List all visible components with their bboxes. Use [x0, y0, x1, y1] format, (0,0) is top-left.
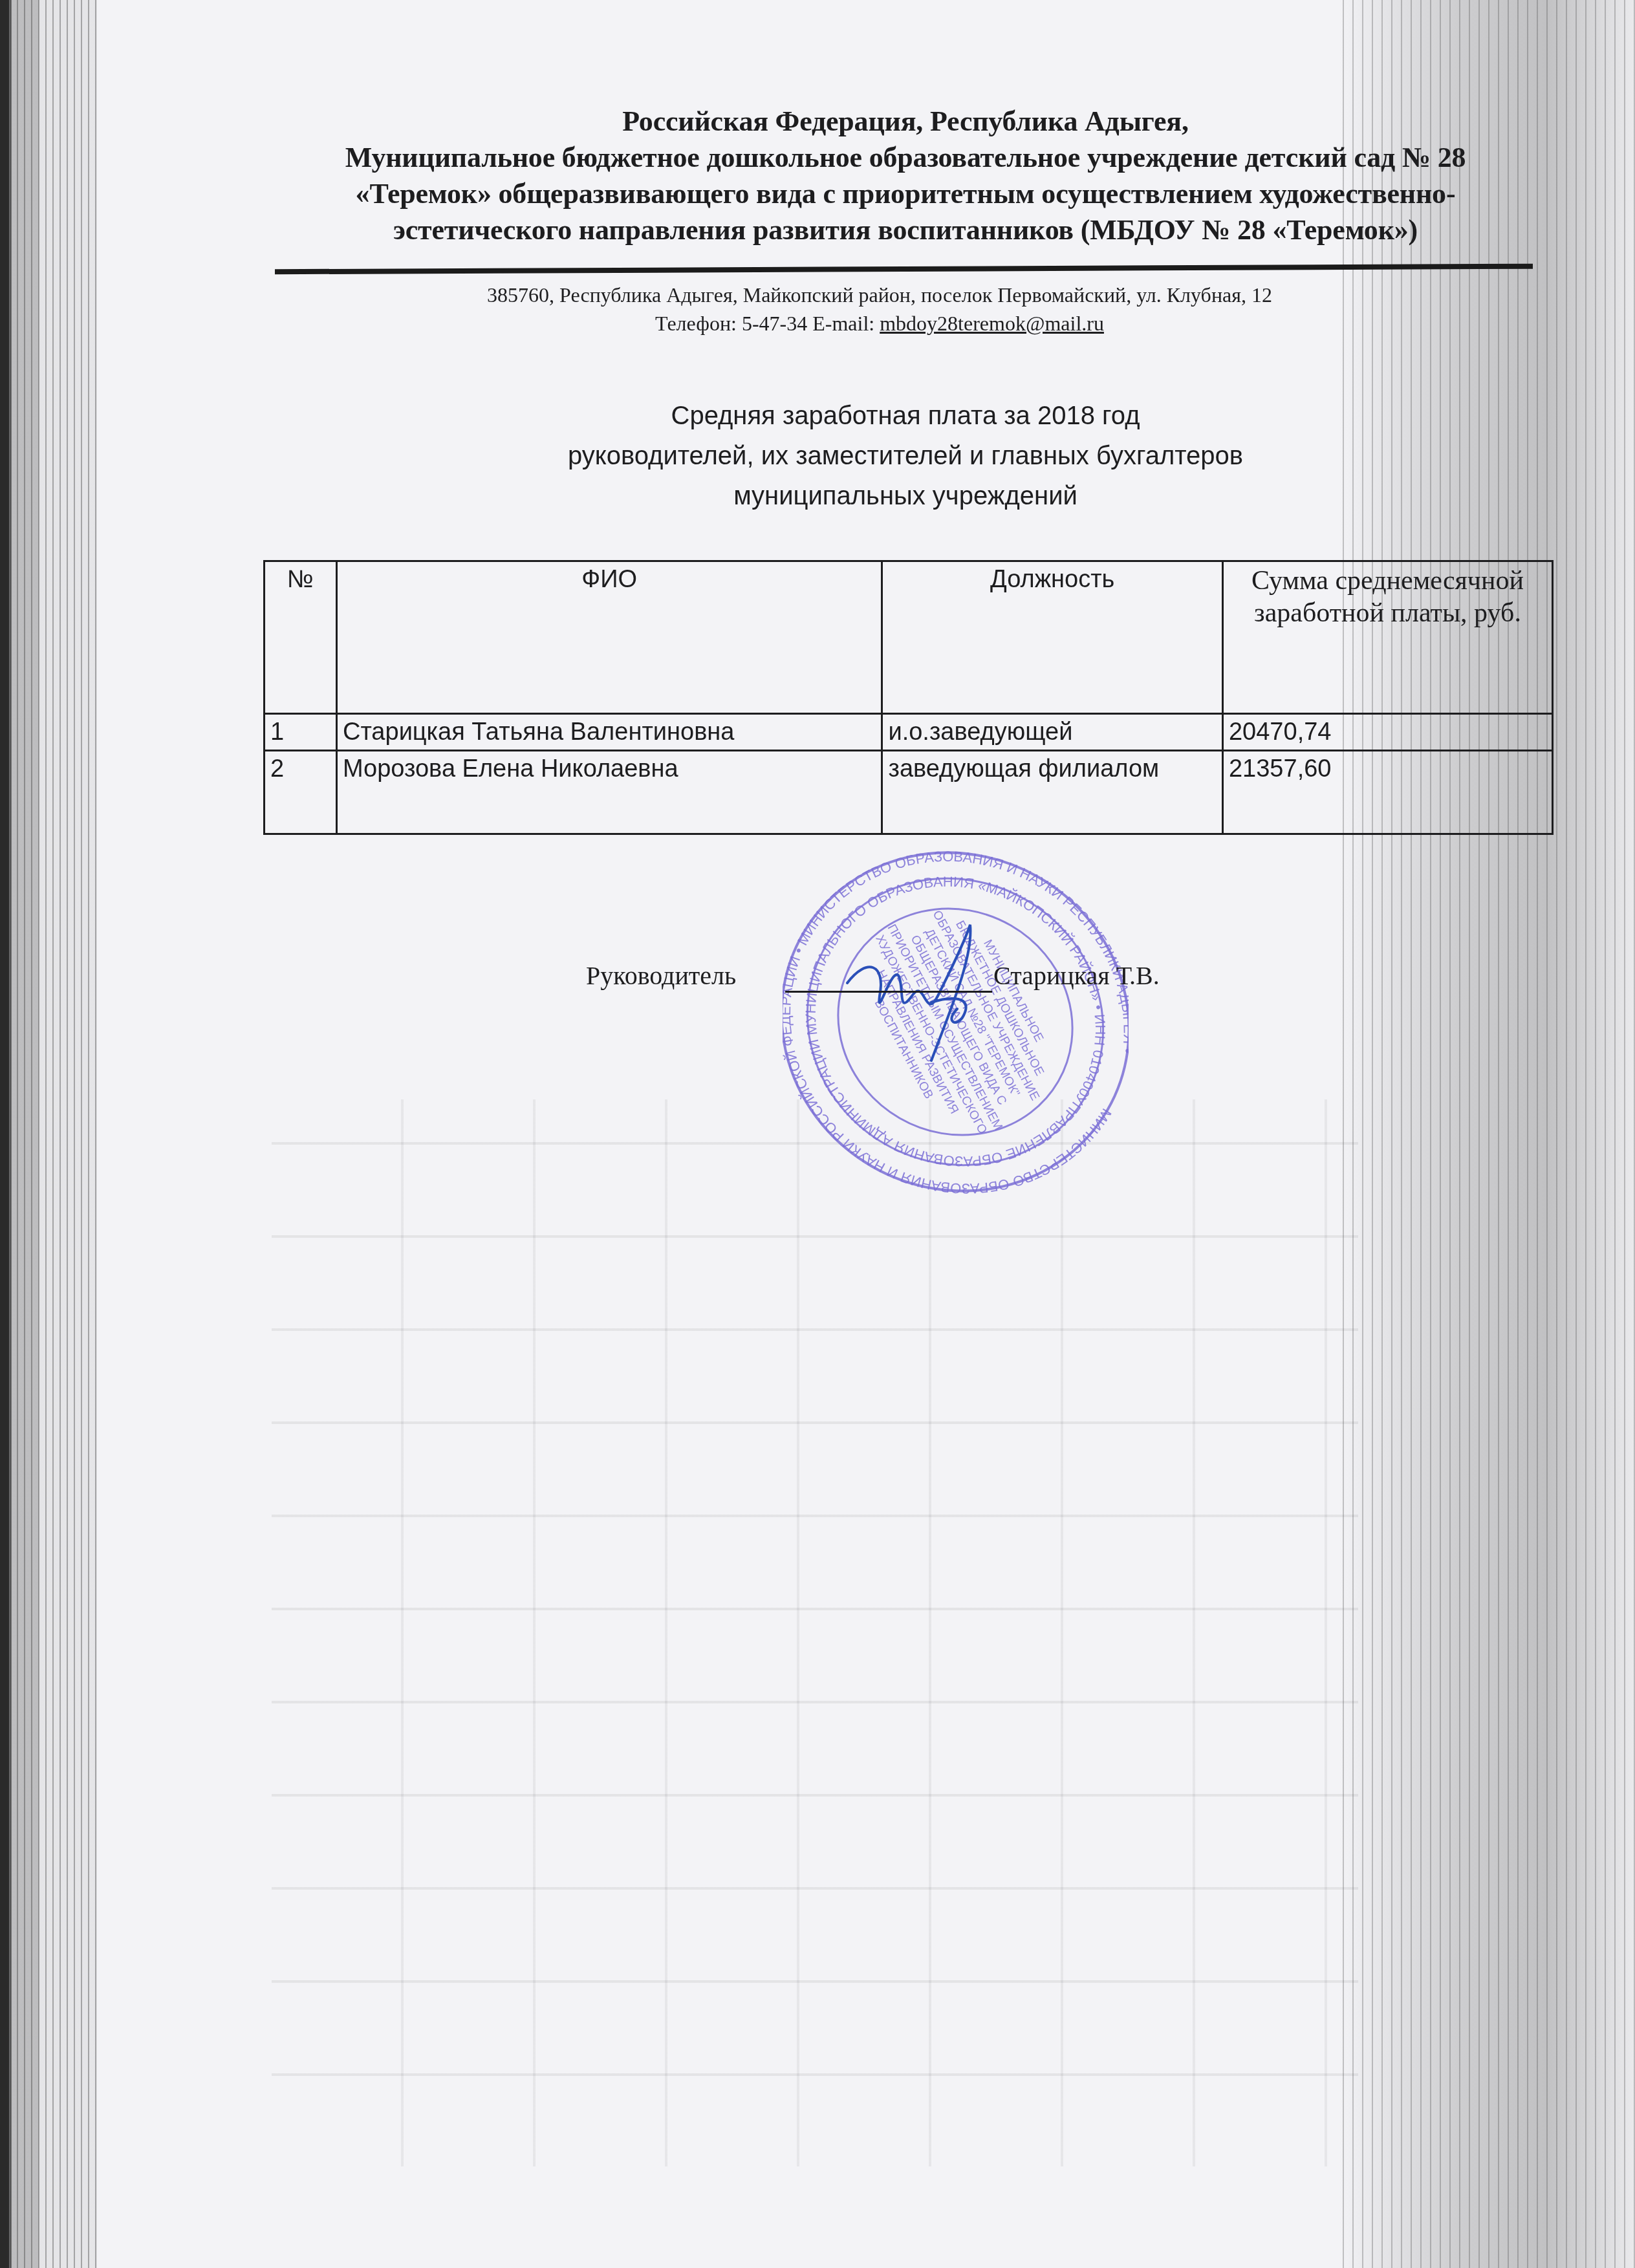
document-title: Средняя заработная плата за 2018 год рук… [420, 396, 1391, 516]
header-number: № [265, 561, 337, 714]
title-line-3: муниципальных учреждений [420, 476, 1391, 516]
document-page: Российская Федерация, Республика Адыгея,… [0, 0, 1635, 2268]
address: 385760, Республика Адыгея, Майкопский ра… [362, 282, 1397, 308]
table-row: 2 Морозова Елена Николаевна заведующая ф… [265, 751, 1553, 834]
title-line-2: руководителей, их заместителей и главных… [420, 436, 1391, 476]
cell-sum: 20470,74 [1222, 714, 1552, 751]
letterhead-line-4: эстетического направления развития воспи… [272, 212, 1539, 248]
cell-fio: Морозова Елена Николаевна [336, 751, 882, 834]
cell-sum: 21357,60 [1222, 751, 1552, 834]
header-fio: ФИО [336, 561, 882, 714]
cell-position: и.о.заведующей [882, 714, 1223, 751]
salary-table: № ФИО Должность Сумма среднемесячной зар… [263, 560, 1554, 835]
contacts: Телефон: 5-47-34 E-mail: mbdoy28teremok@… [362, 310, 1397, 336]
table-row: 1 Старицкая Татьяна Валентиновна и.о.зав… [265, 714, 1553, 751]
cell-fio: Старицкая Татьяна Валентиновна [336, 714, 882, 751]
email-link[interactable]: mbdoy28teremok@mail.ru [880, 312, 1104, 335]
letterhead-line-3: «Теремок» общеразвивающего вида с приори… [272, 176, 1539, 212]
cell-position: заведующая филиалом [882, 751, 1223, 834]
cell-number: 1 [265, 714, 337, 751]
phone-label: Телефон: 5-47-34 E-mail: [655, 312, 880, 335]
cell-number: 2 [265, 751, 337, 834]
title-line-1: Средняя заработная плата за 2018 год [420, 396, 1391, 436]
letterhead-line-1: Российская Федерация, Республика Адыгея, [272, 103, 1539, 140]
signature-role: Руководитель [586, 960, 736, 991]
signature-name: Старицкая Т.В. [993, 960, 1160, 991]
letterhead-line-2: Муниципальное бюджетное дошкольное образ… [272, 140, 1539, 176]
header-position: Должность [882, 561, 1223, 714]
header-sum: Сумма среднемесячной заработной платы, р… [1222, 561, 1552, 714]
handwritten-signature [834, 918, 1002, 1067]
signature-line [785, 991, 992, 993]
letterhead-rule [275, 264, 1533, 274]
table-header-row: № ФИО Должность Сумма среднемесячной зар… [265, 561, 1553, 714]
